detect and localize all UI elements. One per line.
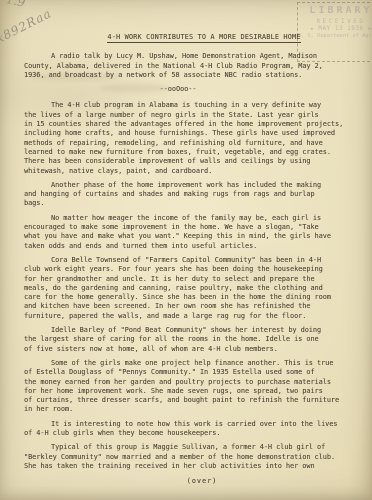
body-paragraph: It is interesting to note how this work … xyxy=(24,420,360,439)
document-title: 4-H WORK CONTRIBUTES TO A MORE DESIRABLE… xyxy=(36,33,372,42)
body-paragraph: Another phase of the home improvement wo… xyxy=(24,181,360,209)
body-paragraph: No matter how meager the income of the f… xyxy=(24,214,360,251)
stamp-library-text: LIBRARY xyxy=(298,5,372,18)
body-paragraph: Cora Belle Townsend of "Farmers Capitol … xyxy=(24,256,360,321)
document-page: 1.9 x892Raa LIBRARY RECEIVED ★ MAY 13 19… xyxy=(0,0,372,500)
document-title-text: 4-H WORK CONTRIBUTES TO A MORE DESIRABLE… xyxy=(107,33,300,43)
body-paragraph: Some of the girls make one project help … xyxy=(24,359,360,415)
pencil-call-number-top: 1.9 xyxy=(5,0,26,8)
stamp-date-text: ★ MAY 13 1936 ★ xyxy=(298,25,372,33)
library-received-stamp: LIBRARY RECEIVED ★ MAY 13 1936 ★ U. S. D… xyxy=(297,2,372,62)
body-paragraph: Typical of this group is Maggie Sullivan… xyxy=(24,443,360,471)
body-paragraph: The 4-H club program in Alabama is touch… xyxy=(24,101,360,175)
section-divider: --ooOoo-- xyxy=(10,85,346,94)
over-footer: (over) xyxy=(34,477,370,486)
body-paragraph: Idelle Barley of "Pond Beat Community" s… xyxy=(24,326,360,354)
stamp-received-text: RECEIVED xyxy=(298,18,372,26)
